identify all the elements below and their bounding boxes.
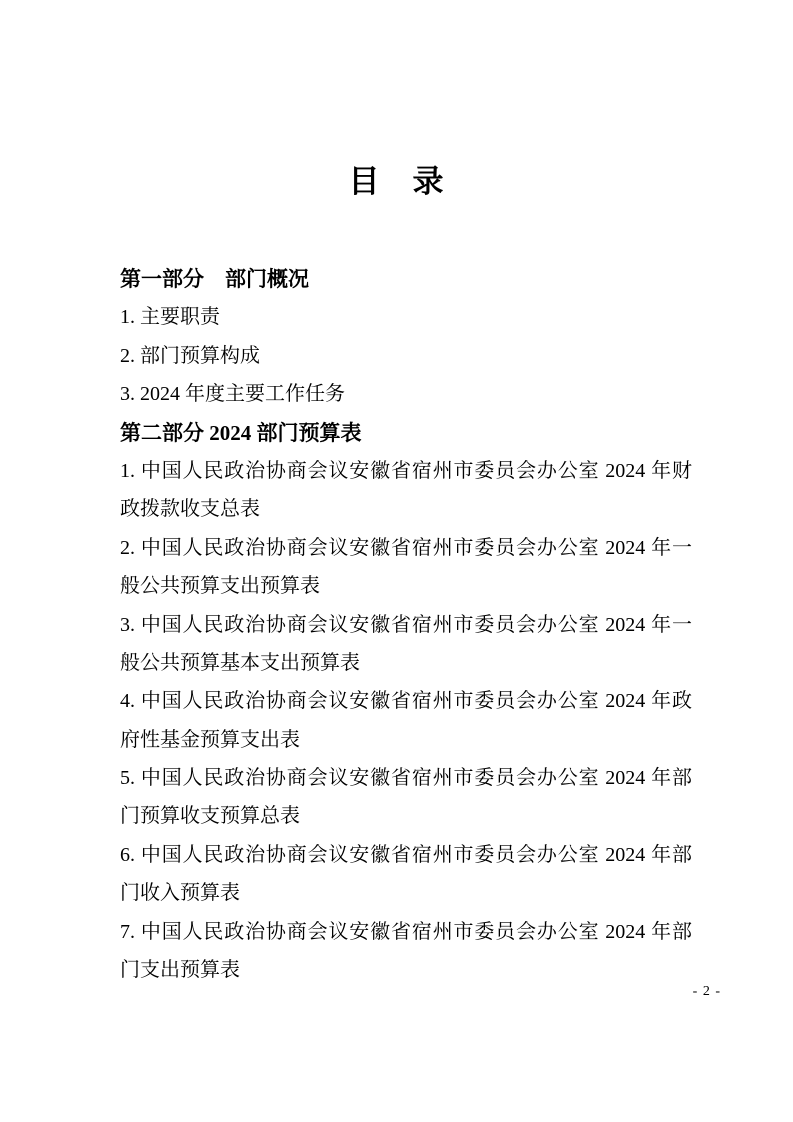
toc-part2-heading: 第二部分 2024 部门预算表 xyxy=(120,414,692,452)
toc-item-line: 门支出预算表 xyxy=(120,951,692,989)
toc-part1-heading: 第一部分 部门概况 xyxy=(120,260,692,298)
toc-part1-item-2: 2. 部门预算构成 xyxy=(120,337,692,375)
document-title: 目 录 xyxy=(0,160,793,204)
toc-item-line: 2. 中国人民政治协商会议安徽省宿州市委员会办公室 2024 年一 xyxy=(120,529,692,567)
toc-part2-item-2: 2. 中国人民政治协商会议安徽省宿州市委员会办公室 2024 年一 般公共预算支… xyxy=(120,529,692,606)
toc-item-line: 1. 中国人民政治协商会议安徽省宿州市委员会办公室 2024 年财 xyxy=(120,452,692,490)
toc-item-line: 政拨款收支总表 xyxy=(120,490,692,528)
toc-item-line: 般公共预算基本支出预算表 xyxy=(120,644,692,682)
toc-item-line: 府性基金预算支出表 xyxy=(120,721,692,759)
toc-item-line: 般公共预算支出预算表 xyxy=(120,567,692,605)
table-of-contents: 第一部分 部门概况 1. 主要职责 2. 部门预算构成 3. 2024 年度主要… xyxy=(120,260,692,989)
toc-item-line: 门预算收支预算总表 xyxy=(120,797,692,835)
toc-item-line: 3. 中国人民政治协商会议安徽省宿州市委员会办公室 2024 年一 xyxy=(120,606,692,644)
toc-part1-item-1: 1. 主要职责 xyxy=(120,298,692,336)
toc-part2-item-3: 3. 中国人民政治协商会议安徽省宿州市委员会办公室 2024 年一 般公共预算基… xyxy=(120,606,692,683)
toc-item-line: 5. 中国人民政治协商会议安徽省宿州市委员会办公室 2024 年部 xyxy=(120,759,692,797)
toc-item-line: 7. 中国人民政治协商会议安徽省宿州市委员会办公室 2024 年部 xyxy=(120,913,692,951)
toc-part2-item-5: 5. 中国人民政治协商会议安徽省宿州市委员会办公室 2024 年部 门预算收支预… xyxy=(120,759,692,836)
toc-part2-item-1: 1. 中国人民政治协商会议安徽省宿州市委员会办公室 2024 年财 政拨款收支总… xyxy=(120,452,692,529)
toc-item-line: 6. 中国人民政治协商会议安徽省宿州市委员会办公室 2024 年部 xyxy=(120,836,692,874)
toc-part2-item-7: 7. 中国人民政治协商会议安徽省宿州市委员会办公室 2024 年部 门支出预算表 xyxy=(120,913,692,990)
toc-part1-item-3: 3. 2024 年度主要工作任务 xyxy=(120,375,692,413)
toc-item-line: 门收入预算表 xyxy=(120,874,692,912)
toc-part2-item-6: 6. 中国人民政治协商会议安徽省宿州市委员会办公室 2024 年部 门收入预算表 xyxy=(120,836,692,913)
toc-item-line: 4. 中国人民政治协商会议安徽省宿州市委员会办公室 2024 年政 xyxy=(120,682,692,720)
toc-part2-item-4: 4. 中国人民政治协商会议安徽省宿州市委员会办公室 2024 年政 府性基金预算… xyxy=(120,682,692,759)
document-page: 目 录 第一部分 部门概况 1. 主要职责 2. 部门预算构成 3. 2024 … xyxy=(0,0,793,1122)
page-number: - 2 - xyxy=(693,983,721,1001)
